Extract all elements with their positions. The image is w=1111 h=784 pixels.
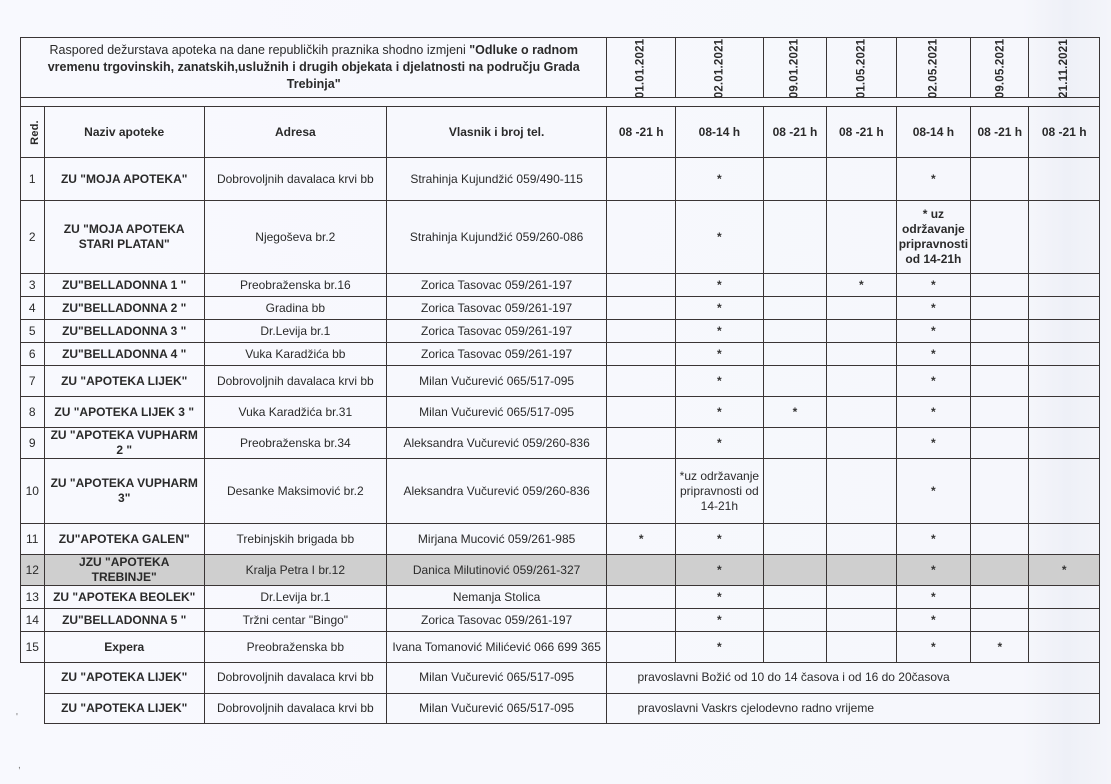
hours-header: 08-14 h [675,107,763,158]
duty-cell: * [675,632,763,663]
pharmacy-address: Kralja Petra I br.12 [204,555,386,586]
hours-header: 08-14 h [896,107,971,158]
col-header-name: Naziv apoteke [44,107,204,158]
pharmacy-rows: 1ZU "MOJA APOTEKA"Dobrovoljnih davalaca … [21,158,1100,663]
duty-cell [763,343,826,366]
duty-cell [607,459,675,524]
duty-cell: * [896,274,971,297]
date-label: 09.05.2021 [993,38,1008,97]
duty-cell [971,366,1029,397]
duty-cell: * [896,397,971,428]
row-number: 5 [21,320,45,343]
date-label: 01.01.2021 [634,38,649,97]
duty-cell: * [675,158,763,201]
duty-cell: * [675,320,763,343]
table-row: 9ZU "APOTEKA VUPHARM 2 "Preobraženska br… [21,428,1100,459]
duty-cell [971,586,1029,609]
pharmacy-address: Vuka Karadžića bb [204,343,386,366]
duty-cell: * [1029,555,1100,586]
pharmacy-owner: Danica Milutinović 059/261-327 [386,555,607,586]
duty-cell: * [896,586,971,609]
pharmacy-address: Preobraženska bb [204,632,386,663]
spacer-row [21,98,1100,107]
pharmacy-name: Expera [44,632,204,663]
pharmacy-name: ZU "APOTEKA LIJEK" [44,663,204,694]
spacer [21,98,1100,107]
pharmacy-address: Preobraženska br.34 [204,428,386,459]
duty-cell: * [675,555,763,586]
duty-cell [607,274,675,297]
duty-cell [1029,397,1100,428]
pharmacy-address: Trebinjskih brigada bb [204,524,386,555]
hours-header: 08 -21 h [827,107,896,158]
pharmacy-owner: Strahinja Kujundžić 059/490-115 [386,158,607,201]
duty-cell [763,428,826,459]
duty-cell: * [675,274,763,297]
pharmacy-owner: Ivana Tomanović Milićević 066 699 365 [386,632,607,663]
duty-cell [607,428,675,459]
duty-cell: * [896,428,971,459]
hours-header: 08 -21 h [607,107,675,158]
pharmacy-name: ZU "APOTEKA LIJEK" [44,366,204,397]
duty-cell [763,201,826,274]
duty-cell: * [896,343,971,366]
table-row: 7ZU "APOTEKA LIJEK"Dobrovoljnih davalaca… [21,366,1100,397]
pharmacy-name: ZU "APOTEKA LIJEK 3 " [44,397,204,428]
duty-cell [827,320,896,343]
pharmacy-address: Desanke Maksimović br.2 [204,459,386,524]
pharmacy-address: Njegoševa br.2 [204,201,386,274]
duty-cell [607,343,675,366]
pharmacy-address: Dobrovoljnih davalaca krvi bb [204,693,386,723]
duty-cell: * uz održavanje pripravnosti od 14-21h [896,201,971,274]
table-row: 14ZU"BELLADONNA 5 "Tržni centar "Bingo"Z… [21,609,1100,632]
duty-cell [763,586,826,609]
table-row: 10ZU "APOTEKA VUPHARM 3"Desanke Maksimov… [21,459,1100,524]
duty-cell: * [896,555,971,586]
row-number: 2 [21,201,45,274]
scan-artifact: ' [16,712,18,723]
pharmacy-owner: Zorica Tasovac 059/261-197 [386,297,607,320]
duty-cell: * [675,397,763,428]
duty-cell [971,609,1029,632]
row-number: 11 [21,524,45,555]
hours-header: 08 -21 h [763,107,826,158]
pharmacy-name: ZU"BELLADONNA 4 " [44,343,204,366]
duty-cell [827,586,896,609]
duty-cell: * [896,366,971,397]
duty-cell [1029,297,1100,320]
duty-cell: * [763,397,826,428]
table-row: 15ExperaPreobraženska bbIvana Tomanović … [21,632,1100,663]
col-header-owner: Vlasnik i broj tel. [386,107,607,158]
duty-cell [827,459,896,524]
pharmacy-name: ZU"APOTEKA GALEN" [44,524,204,555]
duty-cell [1029,343,1100,366]
duty-cell [763,366,826,397]
pharmacy-name: ZU "APOTEKA VUPHARM 2 " [44,428,204,459]
duty-cell [607,609,675,632]
table-row: 3ZU"BELLADONNA 1 "Preobraženska br.16Zor… [21,274,1100,297]
date-label: 02.01.2021 [712,38,727,97]
row-number: 6 [21,343,45,366]
row-number: 10 [21,459,45,524]
date-header: 02.05.2021 [896,38,971,98]
duty-cell [607,555,675,586]
duty-cell: * [675,201,763,274]
pharmacy-name: ZU "MOJA APOTEKA" [44,158,204,201]
pharmacy-name: ZU"BELLADONNA 5 " [44,609,204,632]
duty-cell: *uz održavanje pripravnosti od 14-21h [675,459,763,524]
duty-cell [1029,586,1100,609]
duty-cell [971,428,1029,459]
duty-cell: * [675,586,763,609]
duty-cell [763,632,826,663]
duty-cell [971,297,1029,320]
duty-cell [607,586,675,609]
date-header: 09.01.2021 [763,38,826,98]
duty-cell [1029,201,1100,274]
duty-cell [827,555,896,586]
row-number: 15 [21,632,45,663]
holiday-remark: pravoslavni Vaskrs cjelodevno radno vrij… [607,693,1100,723]
duty-cell [827,158,896,201]
row-number: 4 [21,297,45,320]
date-header: 09.05.2021 [971,38,1029,98]
pharmacy-name: ZU "MOJA APOTEKA STARI PLATAN" [44,201,204,274]
duty-cell [827,366,896,397]
duty-cell: * [896,632,971,663]
duty-cell [827,397,896,428]
duty-cell [827,297,896,320]
pharmacy-owner: Mirjana Mucović 059/261-985 [386,524,607,555]
duty-cell [971,158,1029,201]
date-label: 02.05.2021 [926,38,941,97]
date-label: 21.11.2021 [1057,39,1072,98]
duty-cell: * [896,297,971,320]
pharmacy-owner: Nemanja Stolica [386,586,607,609]
pharmacy-address: Dobrovoljnih davalaca krvi bb [204,158,386,201]
duty-cell [763,609,826,632]
duty-cell [827,609,896,632]
duty-cell: * [675,297,763,320]
duty-cell [763,158,826,201]
pharmacy-name: ZU"BELLADONNA 2 " [44,297,204,320]
duty-cell: * [675,609,763,632]
hours-header: 08 -21 h [1029,107,1100,158]
duty-cell [763,274,826,297]
holiday-remark: pravoslavni Božić od 10 do 14 časova i o… [607,663,1100,694]
pharmacy-address: Gradina bb [204,297,386,320]
table-row: 11ZU"APOTEKA GALEN"Trebinjskih brigada b… [21,524,1100,555]
duty-cell [607,297,675,320]
row-number: 13 [21,586,45,609]
duty-cell [971,555,1029,586]
duty-cell [827,201,896,274]
duty-cell [1029,524,1100,555]
row-number: 7 [21,366,45,397]
row-number: 3 [21,274,45,297]
column-header-row: Red. Naziv apoteke Adresa Vlasnik i broj… [21,107,1100,158]
pharmacy-address: Dr.Levija br.1 [204,586,386,609]
table-row: 8ZU "APOTEKA LIJEK 3 "Vuka Karadžića br.… [21,397,1100,428]
pharmacy-name: JZU "APOTEKA TREBINJE" [44,555,204,586]
pharmacy-address: Dobrovoljnih davalaca krvi bb [204,663,386,694]
duty-cell: * [827,274,896,297]
duty-cell [827,428,896,459]
hours-header: 08 -21 h [971,107,1029,158]
table-row: 12JZU "APOTEKA TREBINJE"Kralja Petra I b… [21,555,1100,586]
duty-cell: * [896,158,971,201]
pharmacy-owner: Zorica Tasovac 059/261-197 [386,343,607,366]
duty-cell: * [675,366,763,397]
row-number: 9 [21,428,45,459]
duty-cell [607,158,675,201]
duty-cell [971,397,1029,428]
row-number: 8 [21,397,45,428]
duty-cell [971,274,1029,297]
row-number: 14 [21,609,45,632]
duty-cell [971,524,1029,555]
duty-cell [763,524,826,555]
duty-cell: * [896,524,971,555]
duty-cell [763,459,826,524]
table-row: 13ZU "APOTEKA BEOLEK"Dr.Levija br.1Neman… [21,586,1100,609]
holiday-note-row: ZU "APOTEKA LIJEK"Dobrovoljnih davalaca … [21,693,1100,723]
duty-cell [971,343,1029,366]
duty-cell: * [675,343,763,366]
pharmacy-owner: Zorica Tasovac 059/261-197 [386,320,607,343]
duty-cell [763,555,826,586]
duty-cell: * [675,524,763,555]
pharmacy-owner: Aleksandra Vučurević 059/260-836 [386,428,607,459]
empty-cell [21,693,45,723]
table-row: 2ZU "MOJA APOTEKA STARI PLATAN"Njegoševa… [21,201,1100,274]
duty-cell [971,320,1029,343]
row-number: 1 [21,158,45,201]
duty-cell [1029,632,1100,663]
duty-cell [1029,158,1100,201]
pharmacy-owner: Zorica Tasovac 059/261-197 [386,609,607,632]
duty-cell [971,201,1029,274]
pharmacy-owner: Milan Vučurević 065/517-095 [386,663,607,694]
table-row: 6ZU"BELLADONNA 4 "Vuka Karadžića bbZoric… [21,343,1100,366]
duty-cell [607,320,675,343]
duty-cell [827,632,896,663]
pharmacy-address: Dobrovoljnih davalaca krvi bb [204,366,386,397]
date-header: 02.01.2021 [675,38,763,98]
duty-cell: * [896,459,971,524]
pharmacy-name: ZU "APOTEKA LIJEK" [44,693,204,723]
pharmacy-address: Preobraženska br.16 [204,274,386,297]
empty-cell [21,663,45,694]
scan-artifact: , [18,760,21,771]
table-row: 1ZU "MOJA APOTEKA"Dobrovoljnih davalaca … [21,158,1100,201]
duty-cell [1029,320,1100,343]
duty-cell: * [971,632,1029,663]
duty-cell: * [896,609,971,632]
pharmacy-owner: Aleksandra Vučurević 059/260-836 [386,459,607,524]
table-row: 5ZU"BELLADONNA 3 "Dr.Levija br.1Zorica T… [21,320,1100,343]
pharmacy-name: ZU"BELLADONNA 1 " [44,274,204,297]
duty-cell: * [607,524,675,555]
pharmacy-address: Tržni centar "Bingo" [204,609,386,632]
duty-cell [1029,428,1100,459]
red-label: Red. [28,120,43,145]
col-header-red: Red. [21,107,45,158]
duty-cell [763,320,826,343]
pharmacy-owner: Strahinja Kujundžić 059/260-086 [386,201,607,274]
table-row: 4ZU"BELLADONNA 2 "Gradina bbZorica Tasov… [21,297,1100,320]
duty-cell [1029,274,1100,297]
duty-cell [1029,459,1100,524]
pharmacy-owner: Milan Vučurević 065/517-095 [386,397,607,428]
duty-cell [607,201,675,274]
duty-cell: * [896,320,971,343]
col-header-address: Adresa [204,107,386,158]
pharmacy-address: Vuka Karadžića br.31 [204,397,386,428]
duty-cell [1029,366,1100,397]
date-header: 21.11.2021 [1029,38,1100,98]
date-label: 09.01.2021 [787,38,802,97]
date-label: 01.05.2021 [854,38,869,97]
pharmacy-address: Dr.Levija br.1 [204,320,386,343]
duty-cell [607,397,675,428]
duty-cell [607,366,675,397]
scanned-document: Raspored dežurstava apoteka na dane repu… [0,0,1111,784]
pharmacy-owner: Milan Vučurević 065/517-095 [386,693,607,723]
duty-cell [607,632,675,663]
footer-rows: ZU "APOTEKA LIJEK"Dobrovoljnih davalaca … [21,663,1100,724]
pharmacy-owner: Milan Vučurević 065/517-095 [386,366,607,397]
pharmacy-name: ZU"BELLADONNA 3 " [44,320,204,343]
date-header: 01.01.2021 [607,38,675,98]
pharmacy-owner: Zorica Tasovac 059/261-197 [386,274,607,297]
title-text: Raspored dežurstava apoteka na dane repu… [50,43,470,57]
pharmacy-name: ZU "APOTEKA BEOLEK" [44,586,204,609]
duty-cell [971,459,1029,524]
document-title: Raspored dežurstava apoteka na dane repu… [21,38,607,98]
date-header: 01.05.2021 [827,38,896,98]
duty-cell: * [675,428,763,459]
pharmacy-name: ZU "APOTEKA VUPHARM 3" [44,459,204,524]
duty-cell [1029,609,1100,632]
row-number: 12 [21,555,45,586]
title-row: Raspored dežurstava apoteka na dane repu… [21,38,1100,98]
duty-cell [827,524,896,555]
duty-cell [827,343,896,366]
duty-cell [763,297,826,320]
holiday-note-row: ZU "APOTEKA LIJEK"Dobrovoljnih davalaca … [21,663,1100,694]
pharmacy-duty-schedule-table: Raspored dežurstava apoteka na dane repu… [20,37,1100,724]
